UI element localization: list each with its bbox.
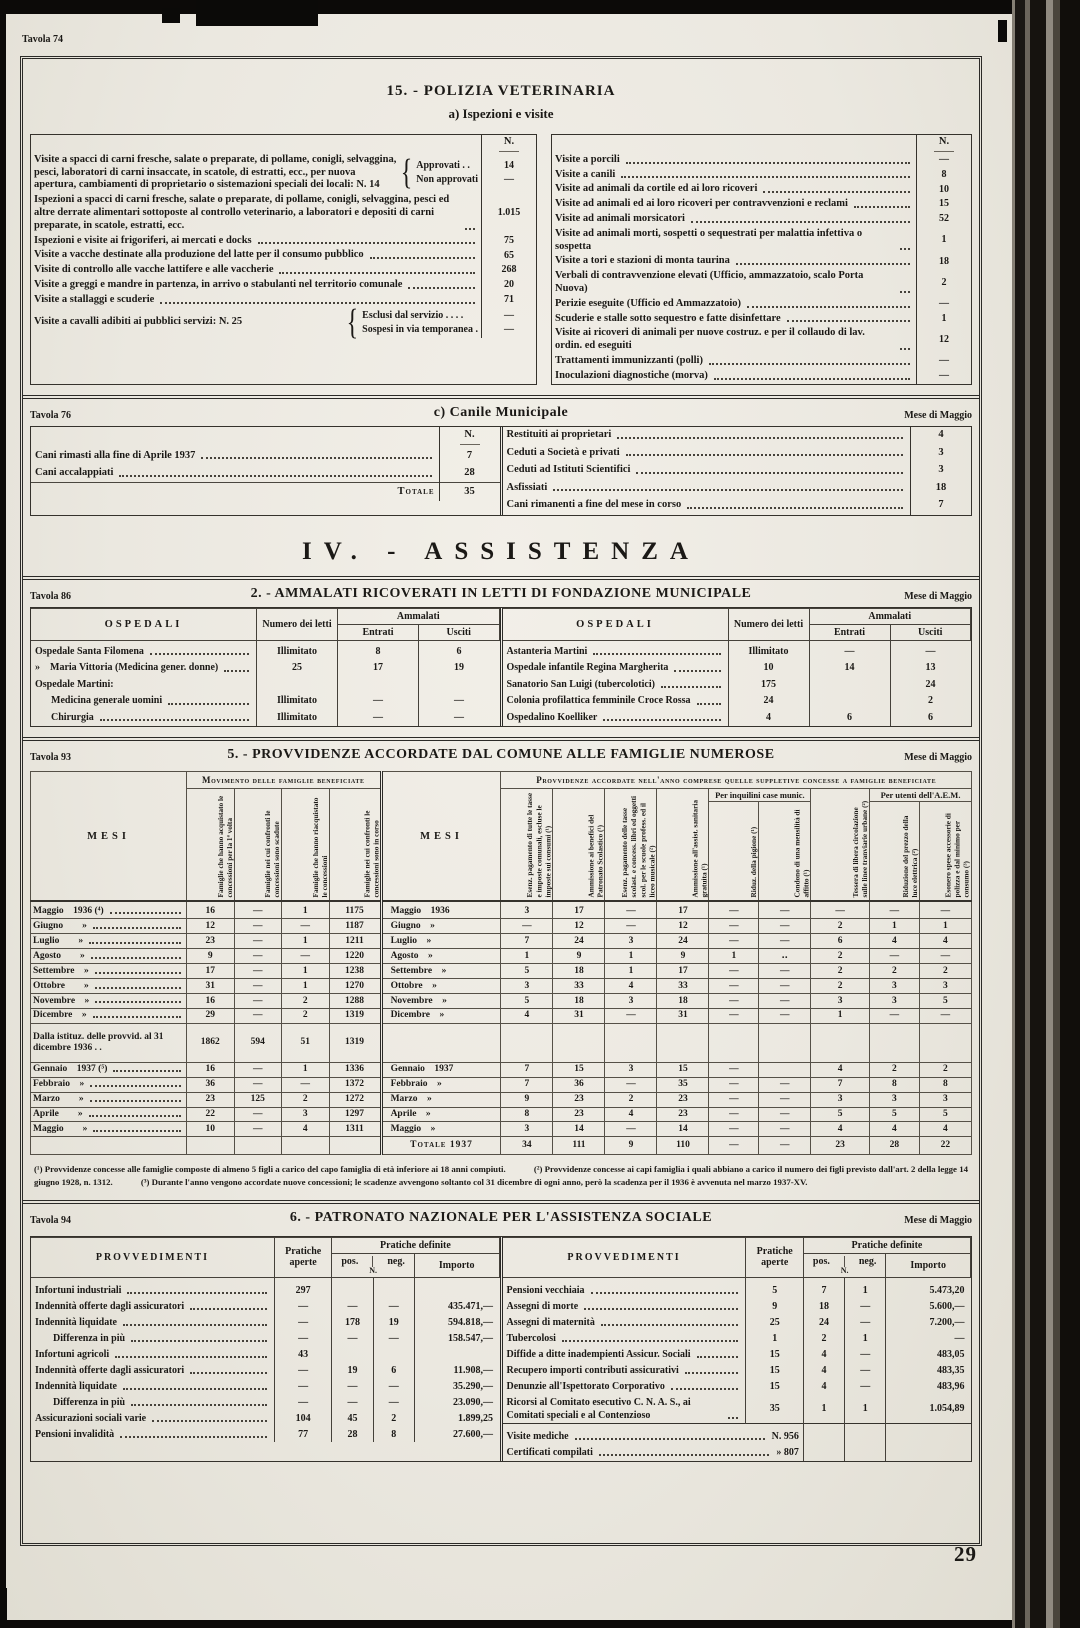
table-row: Marzo »2312521272Marzo »923223——333: [31, 1092, 972, 1107]
table-cell: Ceduti a Società e privati: [503, 444, 911, 462]
section-divider: [23, 1200, 979, 1204]
table-cell: —: [919, 949, 971, 964]
table-cell: —: [234, 1008, 281, 1023]
patronato-left-rows: Infortuni industriali297Indennità offert…: [31, 1277, 499, 1442]
tavola-74-label: Tavola 74: [22, 34, 63, 45]
canile-table: N. Cani rimasti alla fine di Aprile 1937…: [30, 426, 972, 516]
table-cell: —: [332, 1298, 373, 1314]
table-cell: —: [890, 640, 971, 660]
table-cell: Febbraio »: [31, 1077, 187, 1092]
n-label: N.: [806, 1266, 883, 1275]
table-cell: —: [373, 1394, 414, 1410]
table-cell: 4: [811, 1062, 870, 1077]
table-cell: Visite ad animali da cortile ed ai loro …: [552, 182, 917, 197]
table-cell: 23: [657, 1092, 709, 1107]
table-cell: 16: [187, 1062, 234, 1077]
table-cell: [809, 677, 890, 694]
table-row: Aprile »22—31297Aprile »823423——555: [31, 1107, 972, 1122]
content-frame: 15. - POLIZIA VETERINARIA a) Ispezioni e…: [20, 56, 982, 1546]
col-ammalati: Ammalati: [809, 608, 971, 624]
table-row: Visite ad animali da cortile ed ai loro …: [552, 182, 971, 197]
col-pos-neg: pos.neg. N.: [803, 1253, 885, 1277]
table-row: Recupero importi contributi assicurativi…: [503, 1362, 971, 1378]
table-cell: Visite a greggi e mandre in partenza, in…: [31, 278, 482, 293]
table-cell: [605, 1023, 657, 1062]
table-cell: 1: [919, 919, 971, 934]
table-cell: 23.090,—: [414, 1394, 499, 1410]
ospedali-right-rows: Astanteria MartiniIllimitato——Ospedale i…: [503, 640, 971, 726]
table-row: MESI Movimento delle famiglie beneficiat…: [31, 772, 972, 789]
table-row: Visite ai ricoveri di animali per nuove …: [552, 326, 971, 354]
table-cell: —: [234, 994, 281, 1009]
table-cell: 4: [911, 427, 972, 445]
table-cell: 8: [870, 1077, 920, 1092]
table-cell: Visite ad animali morti, sospetti o sequ…: [552, 227, 917, 255]
col-tessera-tranviaria: Tessera di libera circolazione sulle lin…: [811, 789, 870, 902]
table-cell: Novembre »: [381, 994, 501, 1009]
table-cell: Cani rimanenti a fine del mese in corso: [503, 497, 911, 515]
col-importo: Importo: [414, 1253, 499, 1277]
table-cell: —: [332, 1378, 373, 1394]
table-cell: 35: [439, 483, 500, 501]
table-cell: 3: [605, 1062, 657, 1077]
table-cell: Assegni di morte: [503, 1298, 746, 1314]
table-cell: 1: [282, 1062, 329, 1077]
table-cell: —: [709, 934, 759, 949]
table-cell: —: [234, 1122, 281, 1137]
provvidenze-group-header: Provvidenze accordate nell'anno comprese…: [501, 772, 972, 789]
option-label: Non approvati: [416, 173, 478, 187]
table-cell: 1: [811, 1008, 870, 1023]
table-cell: 18: [553, 964, 605, 979]
table-cell: 9: [187, 949, 234, 964]
col-importo: Importo: [886, 1253, 971, 1277]
table-row: OSPEDALI Numero dei letti Ammalati: [503, 608, 971, 624]
table-cell: 23: [553, 1107, 605, 1122]
table-cell: —: [709, 979, 759, 994]
table-cell: Visite di controllo alle vacche lattifer…: [31, 263, 482, 278]
table-cell: [282, 1137, 329, 1155]
table-cell: Ospedalino Koelliker: [503, 710, 729, 727]
table-cell: Dicembre »: [381, 1008, 501, 1023]
vet-section-title: 15. - POLIZIA VETERINARIA: [30, 83, 972, 100]
table-cell: 23: [187, 1092, 234, 1107]
n-column-header: N.: [482, 135, 537, 153]
scanned-page: Tavola 74 15. - POLIZIA VETERINARIA a) I…: [0, 0, 1080, 1628]
table-cell: —: [234, 949, 281, 964]
table-cell: 3: [919, 979, 971, 994]
note-value: » 807: [772, 1446, 799, 1459]
table-row: Visite medicheN. 956: [503, 1424, 971, 1445]
table-cell: 16: [187, 901, 234, 919]
table-cell: 1270: [329, 979, 381, 994]
table-cell: 10: [187, 1122, 234, 1137]
table-cell: 1.054,89: [886, 1394, 971, 1424]
n-label: N.: [334, 1266, 412, 1275]
vet-section-subtitle: a) Ispezioni e visite: [30, 106, 972, 122]
table-cell: —: [234, 901, 281, 919]
table-row: Differenza in più———158.547,—: [31, 1330, 499, 1346]
table-cell: 3: [811, 994, 870, 1009]
table-cell: 31: [657, 1008, 709, 1023]
table-cell: 52: [917, 212, 972, 227]
section-divider: [23, 395, 979, 399]
table-cell: —: [709, 1122, 759, 1137]
table-cell: 7: [501, 1062, 553, 1077]
table-row: Ceduti ad Istituti Scientifici3: [503, 462, 972, 480]
table-cell: 110: [657, 1137, 709, 1155]
table-cell: Visite a vacche destinate alla produzion…: [31, 248, 482, 263]
table-cell: 1: [845, 1277, 886, 1298]
table-cell: —: [274, 1394, 331, 1410]
table-cell: Differenza in più: [31, 1330, 274, 1346]
table-cell: 4: [919, 934, 971, 949]
col-pratiche-aperte: Pratiche aperte: [746, 1237, 803, 1277]
patronato-table: PROVVEDIMENTI Pratiche aperte Pratiche d…: [30, 1236, 972, 1462]
table-cell: Ceduti ad Istituti Scientifici: [503, 462, 911, 480]
table-cell: —: [234, 964, 281, 979]
table-cell: 8: [917, 168, 972, 183]
table-cell: —: [332, 1330, 373, 1346]
table-cell: 5: [746, 1277, 803, 1298]
table-cell: 75: [482, 234, 537, 249]
table-cell: 3: [501, 979, 553, 994]
table-cell: 7: [501, 934, 553, 949]
table-cell: 22: [187, 1107, 234, 1122]
table-cell: 27.600,—: [414, 1426, 499, 1442]
table-cell: —: [759, 1107, 811, 1122]
table-row: Pensioni invalidità7728827.600,—: [31, 1426, 499, 1442]
table-cell: 268: [482, 263, 537, 278]
table-cell: 1372: [329, 1077, 381, 1092]
table-cell: —: [870, 1008, 920, 1023]
table-cell: 23: [657, 1107, 709, 1122]
table-row: Ceduti a Società e privati3: [503, 444, 972, 462]
table-cell: 13: [890, 660, 971, 677]
movimento-group-header: Movimento delle famiglie beneficiate: [187, 772, 382, 789]
col-letti: Numero dei letti: [728, 608, 809, 640]
table-cell: —: [605, 919, 657, 934]
mese-label: Mese di Maggio: [852, 1215, 972, 1226]
table-cell: —: [759, 1137, 811, 1155]
table-cell: 31: [553, 1008, 605, 1023]
table-cell: Visite ad animali ed ai loro ricoveri pe…: [552, 197, 917, 212]
table-cell: 3: [501, 901, 553, 919]
table-cell: 1.899,25: [414, 1410, 499, 1426]
ospedali-right: OSPEDALI Numero dei letti Ammalati Entra…: [503, 608, 972, 727]
table-cell: Agosto »: [381, 949, 501, 964]
table-cell: 594.818,—: [414, 1314, 499, 1330]
table-cell: [414, 1346, 499, 1362]
table-cell: —: [501, 919, 553, 934]
col-ospedali: OSPEDALI: [31, 608, 257, 640]
table-row: Ottobre »31—11270Ottobre »333433——233: [31, 979, 972, 994]
table-cell: —: [282, 919, 329, 934]
table-cell: 9: [501, 1092, 553, 1107]
table-cell: Maggio 1936 (⁴): [31, 901, 187, 919]
table-cell: Medicina generale uomini: [31, 693, 257, 710]
table-cell: Visite a spacci di carni fresche, salate…: [31, 153, 482, 193]
table-cell: 7.200,—: [886, 1314, 971, 1330]
table-cell: —: [338, 710, 419, 727]
col-esenzione-tasse: Esenz. pagamento di tutte le tasse e imp…: [501, 789, 553, 902]
table-cell: 5.473,20: [886, 1277, 971, 1298]
row-label: Visite a cavalli adibiti ai pubblici ser…: [34, 316, 343, 329]
page-number: 29: [954, 1542, 977, 1567]
table-cell: 3: [919, 1092, 971, 1107]
table-cell: 2: [890, 693, 971, 710]
table-cell: —: [845, 1362, 886, 1378]
vet-tables: N. Visite a spacci di carni fresche, sal…: [30, 134, 972, 385]
n-column-header: N.: [439, 427, 500, 448]
table-cell: 5.600,—: [886, 1298, 971, 1314]
table-cell: Indennità offerte dagli assicuratori: [31, 1362, 274, 1378]
ospedali-left: OSPEDALI Numero dei letti Ammalati Entra…: [31, 608, 500, 727]
footnote-1: (¹) Provvidenze concesse alle famiglie c…: [34, 1164, 506, 1174]
table-cell: 3: [501, 1122, 553, 1137]
patronato-title: 6. - PATRONATO NAZIONALE PER L'ASSISTENZ…: [150, 1210, 852, 1226]
table-cell: 9: [553, 949, 605, 964]
inquilini-group-header: Per inquilini case munic.: [709, 789, 811, 802]
table-cell: 18: [911, 479, 972, 497]
table-cell: 19: [332, 1362, 373, 1378]
table-cell: —: [605, 1122, 657, 1137]
table-cell: 2: [870, 1062, 920, 1077]
table-cell: Dicembre »: [31, 1008, 187, 1023]
table-cell: [31, 1137, 187, 1155]
table-cell: [657, 1023, 709, 1062]
table-cell: 2: [373, 1410, 414, 1426]
table-row: Maggio »10—41311Maggio »314—14——444: [31, 1122, 972, 1137]
table-cell: 1: [501, 949, 553, 964]
table-row: Tubercolosi121—: [503, 1330, 971, 1346]
table-cell: 1: [917, 312, 972, 327]
famiglie-header: Tavola 93 5. - PROVVIDENZE ACCORDATE DAL…: [30, 747, 972, 763]
table-cell: [501, 1023, 553, 1062]
table-row: N.: [31, 427, 500, 448]
table-cell: Visite ad animali morsicatori: [552, 212, 917, 227]
table-cell: » Maria Vittoria (Medicina gener. donne): [31, 660, 257, 677]
divider: [372, 1256, 373, 1267]
table-cell: 10: [917, 182, 972, 197]
mese-label: Mese di Maggio: [852, 752, 972, 763]
table-cell: 31: [187, 979, 234, 994]
table-cell: 45: [332, 1410, 373, 1426]
table-cell: Assegni di maternità: [503, 1314, 746, 1330]
table-cell: [31, 135, 482, 153]
patronato-left: PROVVEDIMENTI Pratiche aperte Pratiche d…: [31, 1237, 500, 1461]
table-cell: Certificati compilati» 807: [503, 1445, 804, 1461]
table-cell: 33: [657, 979, 709, 994]
table-row: Ospedale Santa FilomenaIllimitato86: [31, 640, 499, 660]
table-cell: 1311: [329, 1122, 381, 1137]
table-cell: 1272: [329, 1092, 381, 1107]
table-cell: 35: [657, 1077, 709, 1092]
table-row: Infortuni industriali297: [31, 1277, 499, 1298]
table-cell: 1211: [329, 934, 381, 949]
table-cell: 125: [234, 1092, 281, 1107]
table-cell: Differenza in più: [31, 1394, 274, 1410]
table-cell: Indennità offerte dagli assicuratori: [31, 1298, 274, 1314]
table-cell: Marzo »: [381, 1092, 501, 1107]
table-cell: Illimitato: [257, 640, 338, 660]
table-cell: 43: [274, 1346, 331, 1362]
table-cell: 14: [809, 660, 890, 677]
table-row: OSPEDALI Numero dei letti Ammalati: [31, 608, 499, 624]
table-cell: —: [759, 1122, 811, 1137]
table-cell: Inoculazioni diagnostiche (morva): [552, 369, 917, 384]
table-cell: 2: [919, 1062, 971, 1077]
table-cell: 1: [282, 979, 329, 994]
ospedali-table: OSPEDALI Numero dei letti Ammalati Entra…: [30, 607, 972, 728]
table-cell: [234, 1137, 281, 1155]
table-cell: 5: [919, 1107, 971, 1122]
table-cell: 15: [746, 1346, 803, 1362]
table-cell: [257, 677, 338, 694]
table-cell: —: [373, 1378, 414, 1394]
canile-right-rows: Restituiti ai proprietari4Ceduti a Socie…: [503, 427, 972, 515]
table-cell: 3: [605, 934, 657, 949]
table-row: Diffide a ditte inadempienti Assicur. So…: [503, 1346, 971, 1362]
table-cell: [809, 693, 890, 710]
col-ammalati: Ammalati: [338, 608, 500, 624]
table-cell: Ospedale Santa Filomena: [31, 640, 257, 660]
table-cell: [373, 1346, 414, 1362]
table-cell: Cani accalappiati: [31, 465, 439, 483]
table-cell: 1319: [329, 1008, 381, 1023]
table-cell: 8: [501, 1107, 553, 1122]
table-cell: Novembre »: [31, 994, 187, 1009]
table-cell: Tubercolosi: [503, 1330, 746, 1346]
brace-glyph: {: [401, 155, 413, 191]
table-cell: —: [870, 949, 920, 964]
table-cell: 1: [870, 919, 920, 934]
table-cell: 77: [274, 1426, 331, 1442]
table-row: Ospedalino Koelliker466: [503, 710, 971, 727]
row-label: Visite a spacci di carni fresche, salate…: [34, 154, 397, 192]
col-mesi: MESI: [31, 772, 187, 902]
table-cell: 15: [657, 1062, 709, 1077]
table-cell: —: [274, 1378, 331, 1394]
table-row: Visite ad animali morsicatori52: [552, 212, 971, 227]
table-cell: —: [282, 949, 329, 964]
table-cell: [870, 1023, 920, 1062]
table-cell: Ospedale infantile Regina Margherita: [503, 660, 729, 677]
vet-right-table: N. Visite a porcili—Visite a canili8Visi…: [551, 134, 972, 385]
table-cell: 1: [917, 227, 972, 255]
table-cell: 4: [811, 1122, 870, 1137]
col-esonero-spese: Esonero spese accessorie di polizza e da…: [919, 802, 971, 902]
table-row: Settembre »17—11238Settembre »518117——22…: [31, 964, 972, 979]
vet-right-rows: Visite a porcili—Visite a canili8Visite …: [552, 153, 971, 384]
table-cell: 24: [553, 934, 605, 949]
col-pos: pos.: [341, 1256, 358, 1267]
table-row: Visite a porcili—: [552, 153, 971, 168]
table-cell: —: [845, 1298, 886, 1314]
table-cell: —: [759, 901, 811, 919]
table-cell: 12: [657, 919, 709, 934]
table-cell: 14 —: [482, 153, 537, 193]
table-cell: —: [709, 1008, 759, 1023]
table-cell: Perizie eseguite (Ufficio ed Ammazzatoio…: [552, 297, 917, 312]
table-cell: 6: [373, 1362, 414, 1378]
col-riduzione-luce: Riduzione del prezzo della luce elettric…: [870, 802, 920, 902]
table-cell: —: [234, 919, 281, 934]
table-row: Novembre »16—21288Novembre »518318——335: [31, 994, 972, 1009]
table-cell: Totale: [31, 483, 439, 501]
value: —: [485, 323, 533, 337]
table-cell: 4: [870, 1122, 920, 1137]
table-cell: 25: [257, 660, 338, 677]
col-provvedimenti: PROVVEDIMENTI: [503, 1237, 746, 1277]
table-cell: 34: [501, 1137, 553, 1155]
table-cell: —: [845, 1378, 886, 1394]
table-cell: 5: [501, 994, 553, 1009]
table-cell: Ricorsi al Comitato esecutivo C. N. A. S…: [503, 1394, 746, 1424]
table-cell: —: [759, 994, 811, 1009]
option-label: Esclusi dal servizio . . . .: [362, 309, 478, 323]
col-riduzione-pigione: Riduz. della pigione (¹): [709, 802, 759, 902]
col-tasse-scolastiche: Esenz. pagamento delle tasse scolast. e …: [605, 789, 657, 902]
table-cell: 9: [605, 1137, 657, 1155]
table-cell: 28: [332, 1426, 373, 1442]
table-cell: Trattamenti immunizzanti (polli): [552, 354, 917, 369]
table-row: Medicina generale uominiIllimitato——: [31, 693, 499, 710]
table-row: Certificati compilati» 807: [503, 1445, 971, 1461]
col-pratiche-definite: Pratiche definite: [332, 1237, 499, 1253]
patronato-right: PROVVEDIMENTI Pratiche aperte Pratiche d…: [503, 1237, 972, 1461]
value: —: [485, 173, 533, 187]
table-cell: 2: [870, 964, 920, 979]
table-cell: Asfissiati: [503, 479, 911, 497]
table-cell: 158.547,—: [414, 1330, 499, 1346]
table-cell: [845, 1424, 886, 1445]
table-cell: 594: [234, 1023, 281, 1062]
table-row: Ospedale infantile Regina Margherita1014…: [503, 660, 971, 677]
table-cell: 1: [282, 901, 329, 919]
table-cell: Restituiti ai proprietari: [503, 427, 911, 445]
table-cell: 1.015: [482, 193, 537, 233]
table-cell: Febbraio »: [381, 1077, 501, 1092]
vet-left-table: N. Visite a spacci di carni fresche, sal…: [30, 134, 537, 385]
scan-artifact: [0, 1588, 7, 1628]
table-cell: —: [709, 1077, 759, 1092]
col-patronato-scolastico: Ammissione ai benefici del Patronato Sco…: [553, 789, 605, 902]
table-cell: Illimitato: [728, 640, 809, 660]
famiglie-table: MESI Movimento delle famiglie beneficiat…: [30, 771, 972, 1155]
table-cell: 18: [657, 994, 709, 1009]
table-cell: 3: [911, 462, 972, 480]
col-pos-neg: pos.neg. N.: [332, 1253, 415, 1277]
table-cell: 1: [605, 964, 657, 979]
table-row: Visite a cavalli adibiti ai pubblici ser…: [31, 308, 536, 338]
table-cell: 4: [803, 1362, 844, 1378]
ospedali-header: Tavola 86 2. - AMMALATI RICOVERATI IN LE…: [30, 586, 972, 602]
table-cell: 17: [338, 660, 419, 677]
table-cell: —: [759, 964, 811, 979]
mese-label: Mese di Maggio: [852, 410, 972, 421]
col-provvedimenti: PROVVEDIMENTI: [31, 1237, 274, 1277]
famiglie-rows: Maggio 1936 (⁴)16—11175Maggio 1936317—17…: [31, 901, 972, 1155]
table-cell: [759, 1062, 811, 1077]
table-cell: 29: [187, 1008, 234, 1023]
table-cell: [845, 1445, 886, 1461]
table-cell: 71: [482, 293, 537, 308]
table-cell: Sanatorio San Luigi (tubercolotici): [503, 677, 729, 694]
col-famiglie-in-corso: Famiglie nei cui confronti le concession…: [329, 789, 381, 902]
table-cell: [553, 1023, 605, 1062]
table-row: Asfissiati18: [503, 479, 972, 497]
